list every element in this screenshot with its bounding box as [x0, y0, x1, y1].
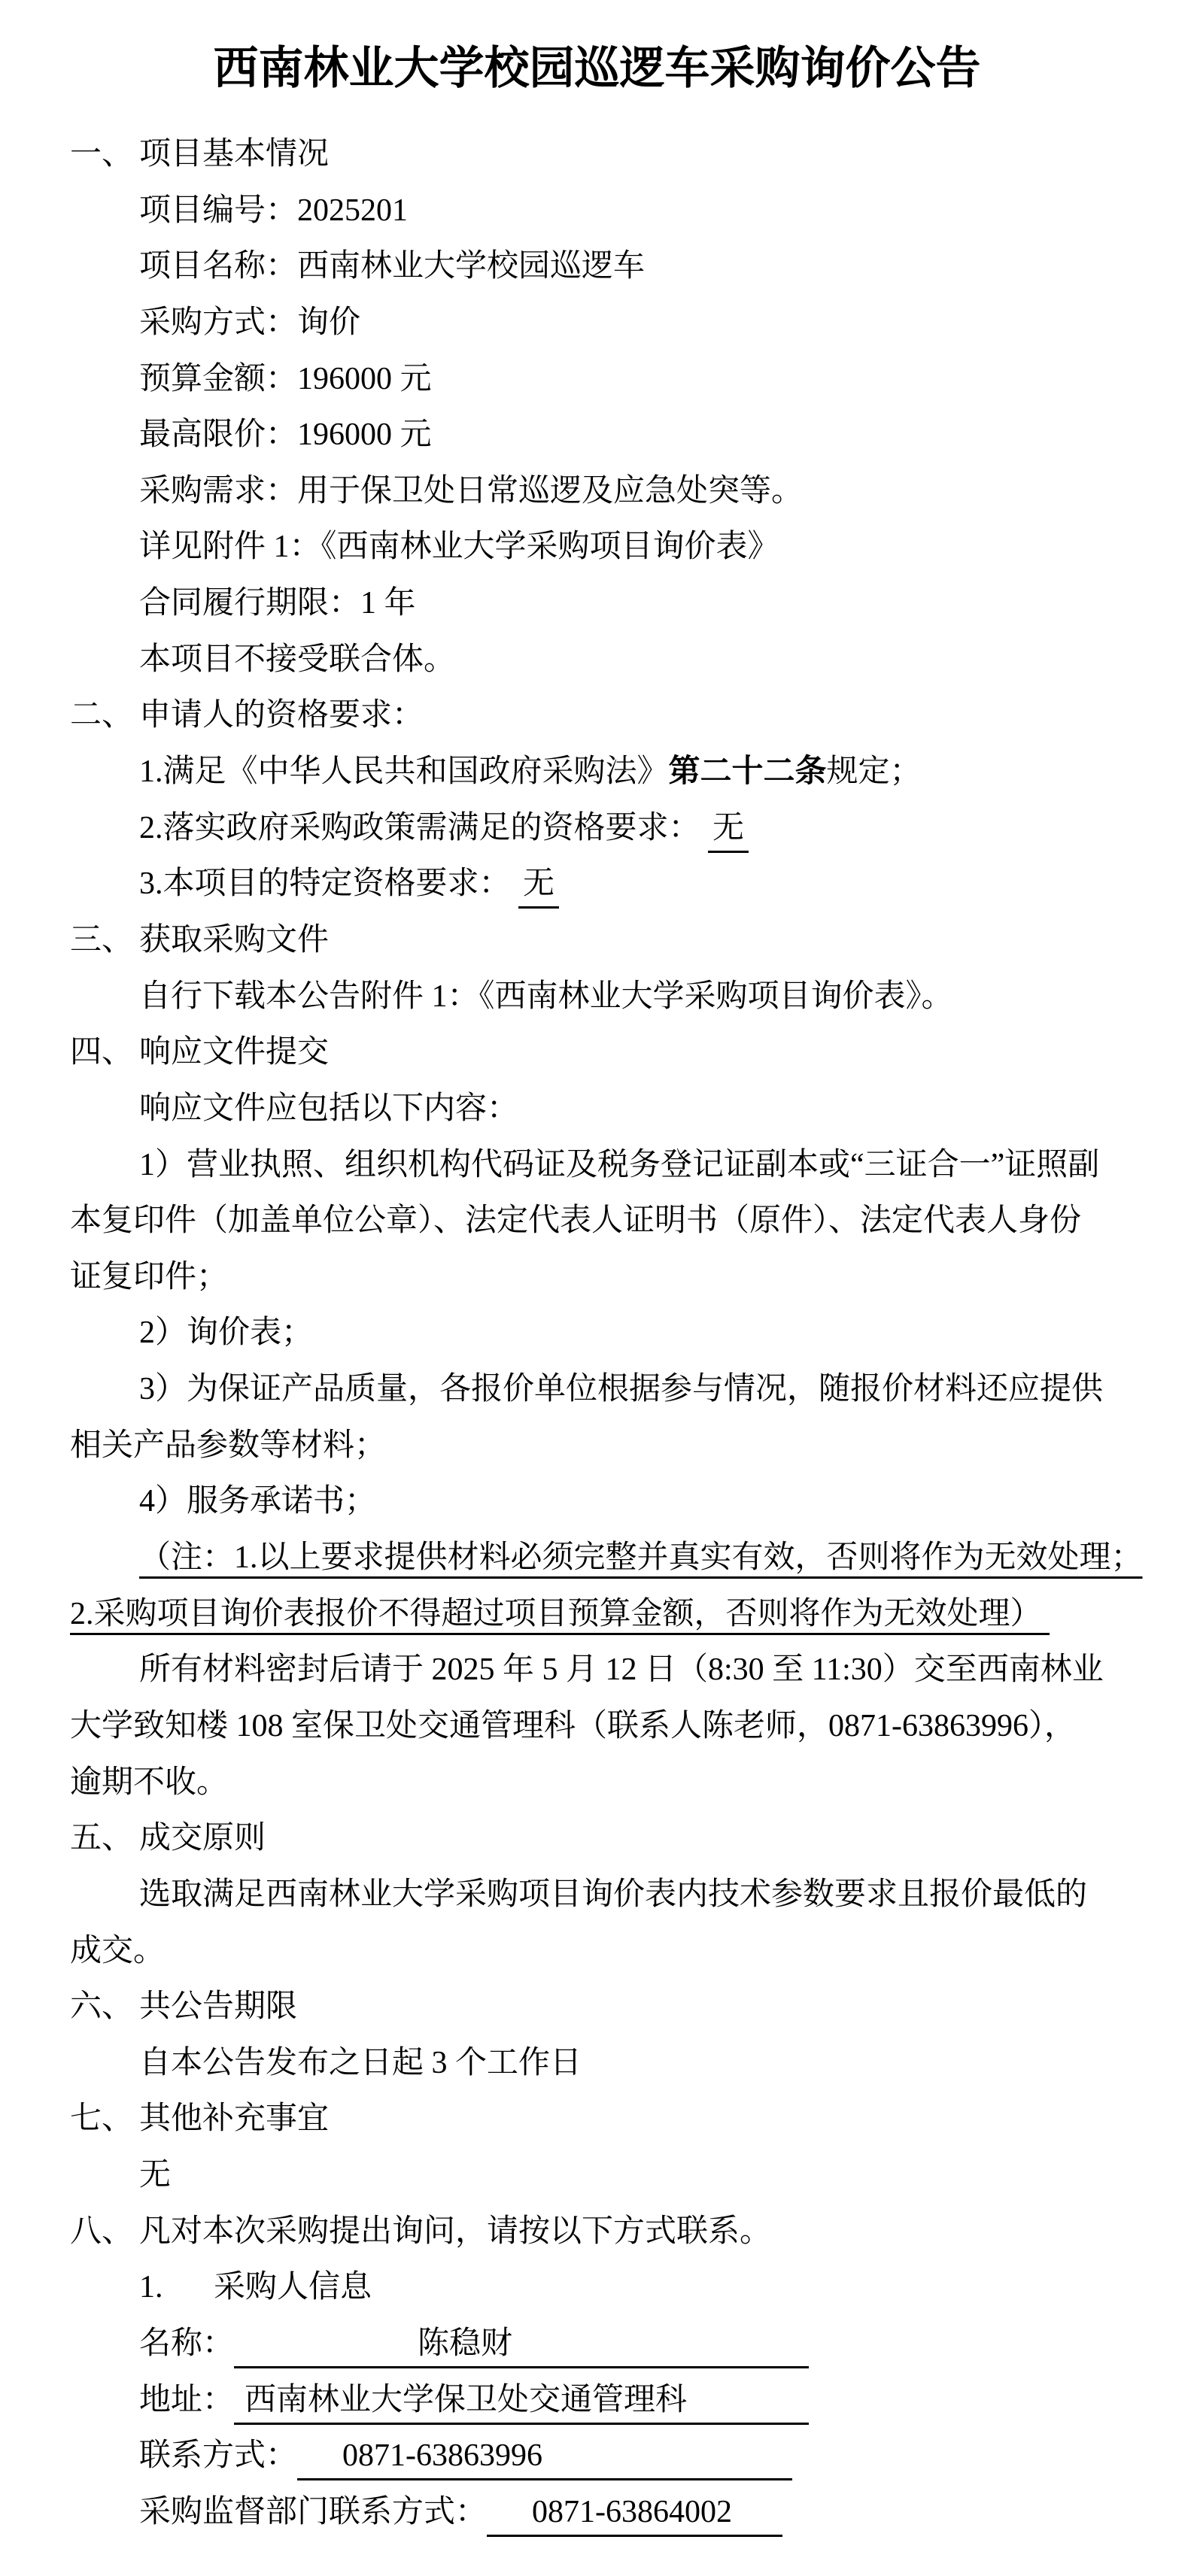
section-5-heading-text: 成交原则: [139, 1821, 266, 1855]
section-3-heading: 三、获取采购文件: [70, 912, 1123, 969]
response-item-3-line-1: 3）为保证产品质量，各报价单位根据参与情况，随报价材料还应提供: [70, 1361, 1123, 1418]
project-name-line: 项目名称：西南林业大学校园巡逻车: [70, 238, 1123, 295]
note-line-1: （注：1.以上要求提供材料必须完整并真实有效，否则将作为无效处理；: [70, 1530, 1123, 1586]
qualification-item-1: 1.满足《中华人民共和国政府采购法》第二十二条规定；: [70, 744, 1123, 800]
qualification-item-1-bold: 第二十二条: [669, 754, 827, 789]
section-7-number: 七、: [70, 2091, 139, 2147]
response-item-3-line-2: 相关产品参数等材料；: [70, 1418, 1123, 1474]
supervision-phone-row: 采购监督部门联系方式：0871-63864002: [70, 2484, 1123, 2541]
response-item-2-line: 2）询价表；: [70, 1305, 1123, 1361]
section-1-number: 一、: [70, 126, 139, 183]
purchaser-address-row: 地址：西南林业大学保卫处交通管理科: [70, 2372, 1123, 2429]
purchaser-name-underline: 陈稳财: [234, 2321, 809, 2368]
response-item-1-line-3: 证复印件；: [70, 1249, 1123, 1306]
purchaser-phone-label: 联系方式：: [139, 2438, 297, 2473]
qualification-item-3: 3.本项目的特定资格要求： 无: [70, 856, 1123, 912]
document-page: 西南林业大学校园巡逻车采购询价公告 一、项目基本情况 项目编号：2025201 …: [0, 0, 1194, 2576]
qualification-item-3-label: 3.本项目的特定资格要求：: [139, 866, 518, 901]
other-matters-line: 无: [70, 2147, 1123, 2204]
budget-amount-line: 预算金额：196000 元: [70, 351, 1123, 408]
no-consortium-line: 本项目不接受联合体。: [70, 632, 1123, 688]
project-number-line: 项目编号：2025201: [70, 183, 1123, 239]
section-7-heading-text: 其他补充事宜: [139, 2101, 329, 2136]
qualification-item-3-value: 无: [518, 861, 559, 909]
qualification-item-2-value: 无: [708, 806, 749, 853]
submission-line-1: 所有材料密封后请于 2025 年 5 月 12 日（8:30 至 11:30）交…: [70, 1642, 1123, 1698]
purchaser-phone-row: 联系方式：0871-63863996: [70, 2428, 1123, 2484]
section-4-heading: 四、响应文件提交: [70, 1024, 1123, 1081]
note-line-2: 2.采购项目询价表报价不得超过项目预算金额，否则将作为无效处理）: [70, 1586, 1123, 1643]
section-2-number: 二、: [70, 687, 139, 744]
section-1-heading-text: 项目基本情况: [139, 137, 329, 171]
document-body: 一、项目基本情况 项目编号：2025201 项目名称：西南林业大学校园巡逻车 采…: [70, 126, 1123, 2541]
supervision-phone-label: 采购监督部门联系方式：: [139, 2495, 487, 2529]
section-2-heading: 二、申请人的资格要求：: [70, 687, 1123, 744]
award-principle-line-2: 成交。: [70, 1923, 1123, 1980]
submission-line-2: 大学致知楼 108 室保卫处交通管理科（联系人陈老师，0871-63863996…: [70, 1698, 1123, 1755]
purchaser-address-label: 地址：: [139, 2383, 234, 2417]
download-attachment-line: 自行下载本公告附件 1：《西南林业大学采购项目询价表》。: [70, 969, 1123, 1025]
section-5-number: 五、: [70, 1810, 139, 1867]
purchaser-info-subheading: 1.采购人信息: [70, 2259, 1123, 2316]
section-3-heading-text: 获取采购文件: [139, 923, 329, 957]
response-item-1-line-2: 本复印件（加盖单位公章）、法定代表人证明书（原件）、法定代表人身份: [70, 1193, 1123, 1249]
supervision-phone-underline: 0871-63864002: [487, 2490, 782, 2537]
purchaser-name-row: 名称：陈稳财: [70, 2316, 1123, 2372]
attachment-reference-line: 详见附件 1：《西南林业大学采购项目询价表》: [70, 519, 1123, 575]
qualification-item-1-post: 规定；: [827, 754, 922, 789]
purchaser-address-underline: 西南林业大学保卫处交通管理科: [234, 2377, 809, 2425]
section-1-heading: 一、项目基本情况: [70, 126, 1123, 183]
contract-period-line: 合同履行期限：1 年: [70, 575, 1123, 632]
response-intro-line: 响应文件应包括以下内容：: [70, 1081, 1123, 1137]
qualification-item-2: 2.落实政府采购政策需满足的资格要求： 无: [70, 800, 1123, 857]
section-4-number: 四、: [70, 1024, 139, 1081]
section-8-number: 八、: [70, 2204, 139, 2260]
section-3-number: 三、: [70, 912, 139, 969]
purchaser-phone-underline: 0871-63863996: [297, 2433, 792, 2480]
section-5-heading: 五、成交原则: [70, 1810, 1123, 1867]
document-title: 西南林业大学校园巡逻车采购询价公告: [0, 32, 1194, 105]
announcement-period-line: 自本公告发布之日起 3 个工作日: [70, 2035, 1123, 2092]
section-8-heading-text: 凡对本次采购提出询问，请按以下方式联系。: [139, 2214, 771, 2249]
section-2-heading-text: 申请人的资格要求：: [139, 698, 424, 733]
procurement-method-line: 采购方式：询价: [70, 295, 1123, 351]
section-6-heading-text: 共公告期限: [139, 1989, 297, 2024]
section-6-heading: 六、共公告期限: [70, 1979, 1123, 2035]
qualification-item-1-pre: 1.满足《中华人民共和国政府采购法》: [139, 754, 669, 789]
max-price-line: 最高限价：196000 元: [70, 407, 1123, 463]
submission-line-3: 逾期不收。: [70, 1755, 1123, 1811]
section-7-heading: 七、其他补充事宜: [70, 2091, 1123, 2147]
qualification-item-2-label: 2.落实政府采购政策需满足的资格要求：: [139, 811, 708, 845]
purchaser-name-label: 名称：: [139, 2326, 234, 2361]
purchaser-info-subnumber: 1.: [139, 2259, 214, 2316]
award-principle-line-1: 选取满足西南林业大学采购项目询价表内技术参数要求且报价最低的: [70, 1867, 1123, 1923]
section-8-heading: 八、凡对本次采购提出询问，请按以下方式联系。: [70, 2204, 1123, 2260]
section-4-heading-text: 响应文件提交: [139, 1035, 329, 1070]
purchaser-info-subheading-text: 采购人信息: [214, 2270, 372, 2304]
section-6-number: 六、: [70, 1979, 139, 2035]
response-item-4-line: 4）服务承诺书；: [70, 1473, 1123, 1530]
procurement-demand-line: 采购需求：用于保卫处日常巡逻及应急处突等。: [70, 463, 1123, 520]
response-item-1-line-1: 1）营业执照、组织机构代码证及税务登记证副本或“三证合一”证照副: [70, 1137, 1123, 1194]
